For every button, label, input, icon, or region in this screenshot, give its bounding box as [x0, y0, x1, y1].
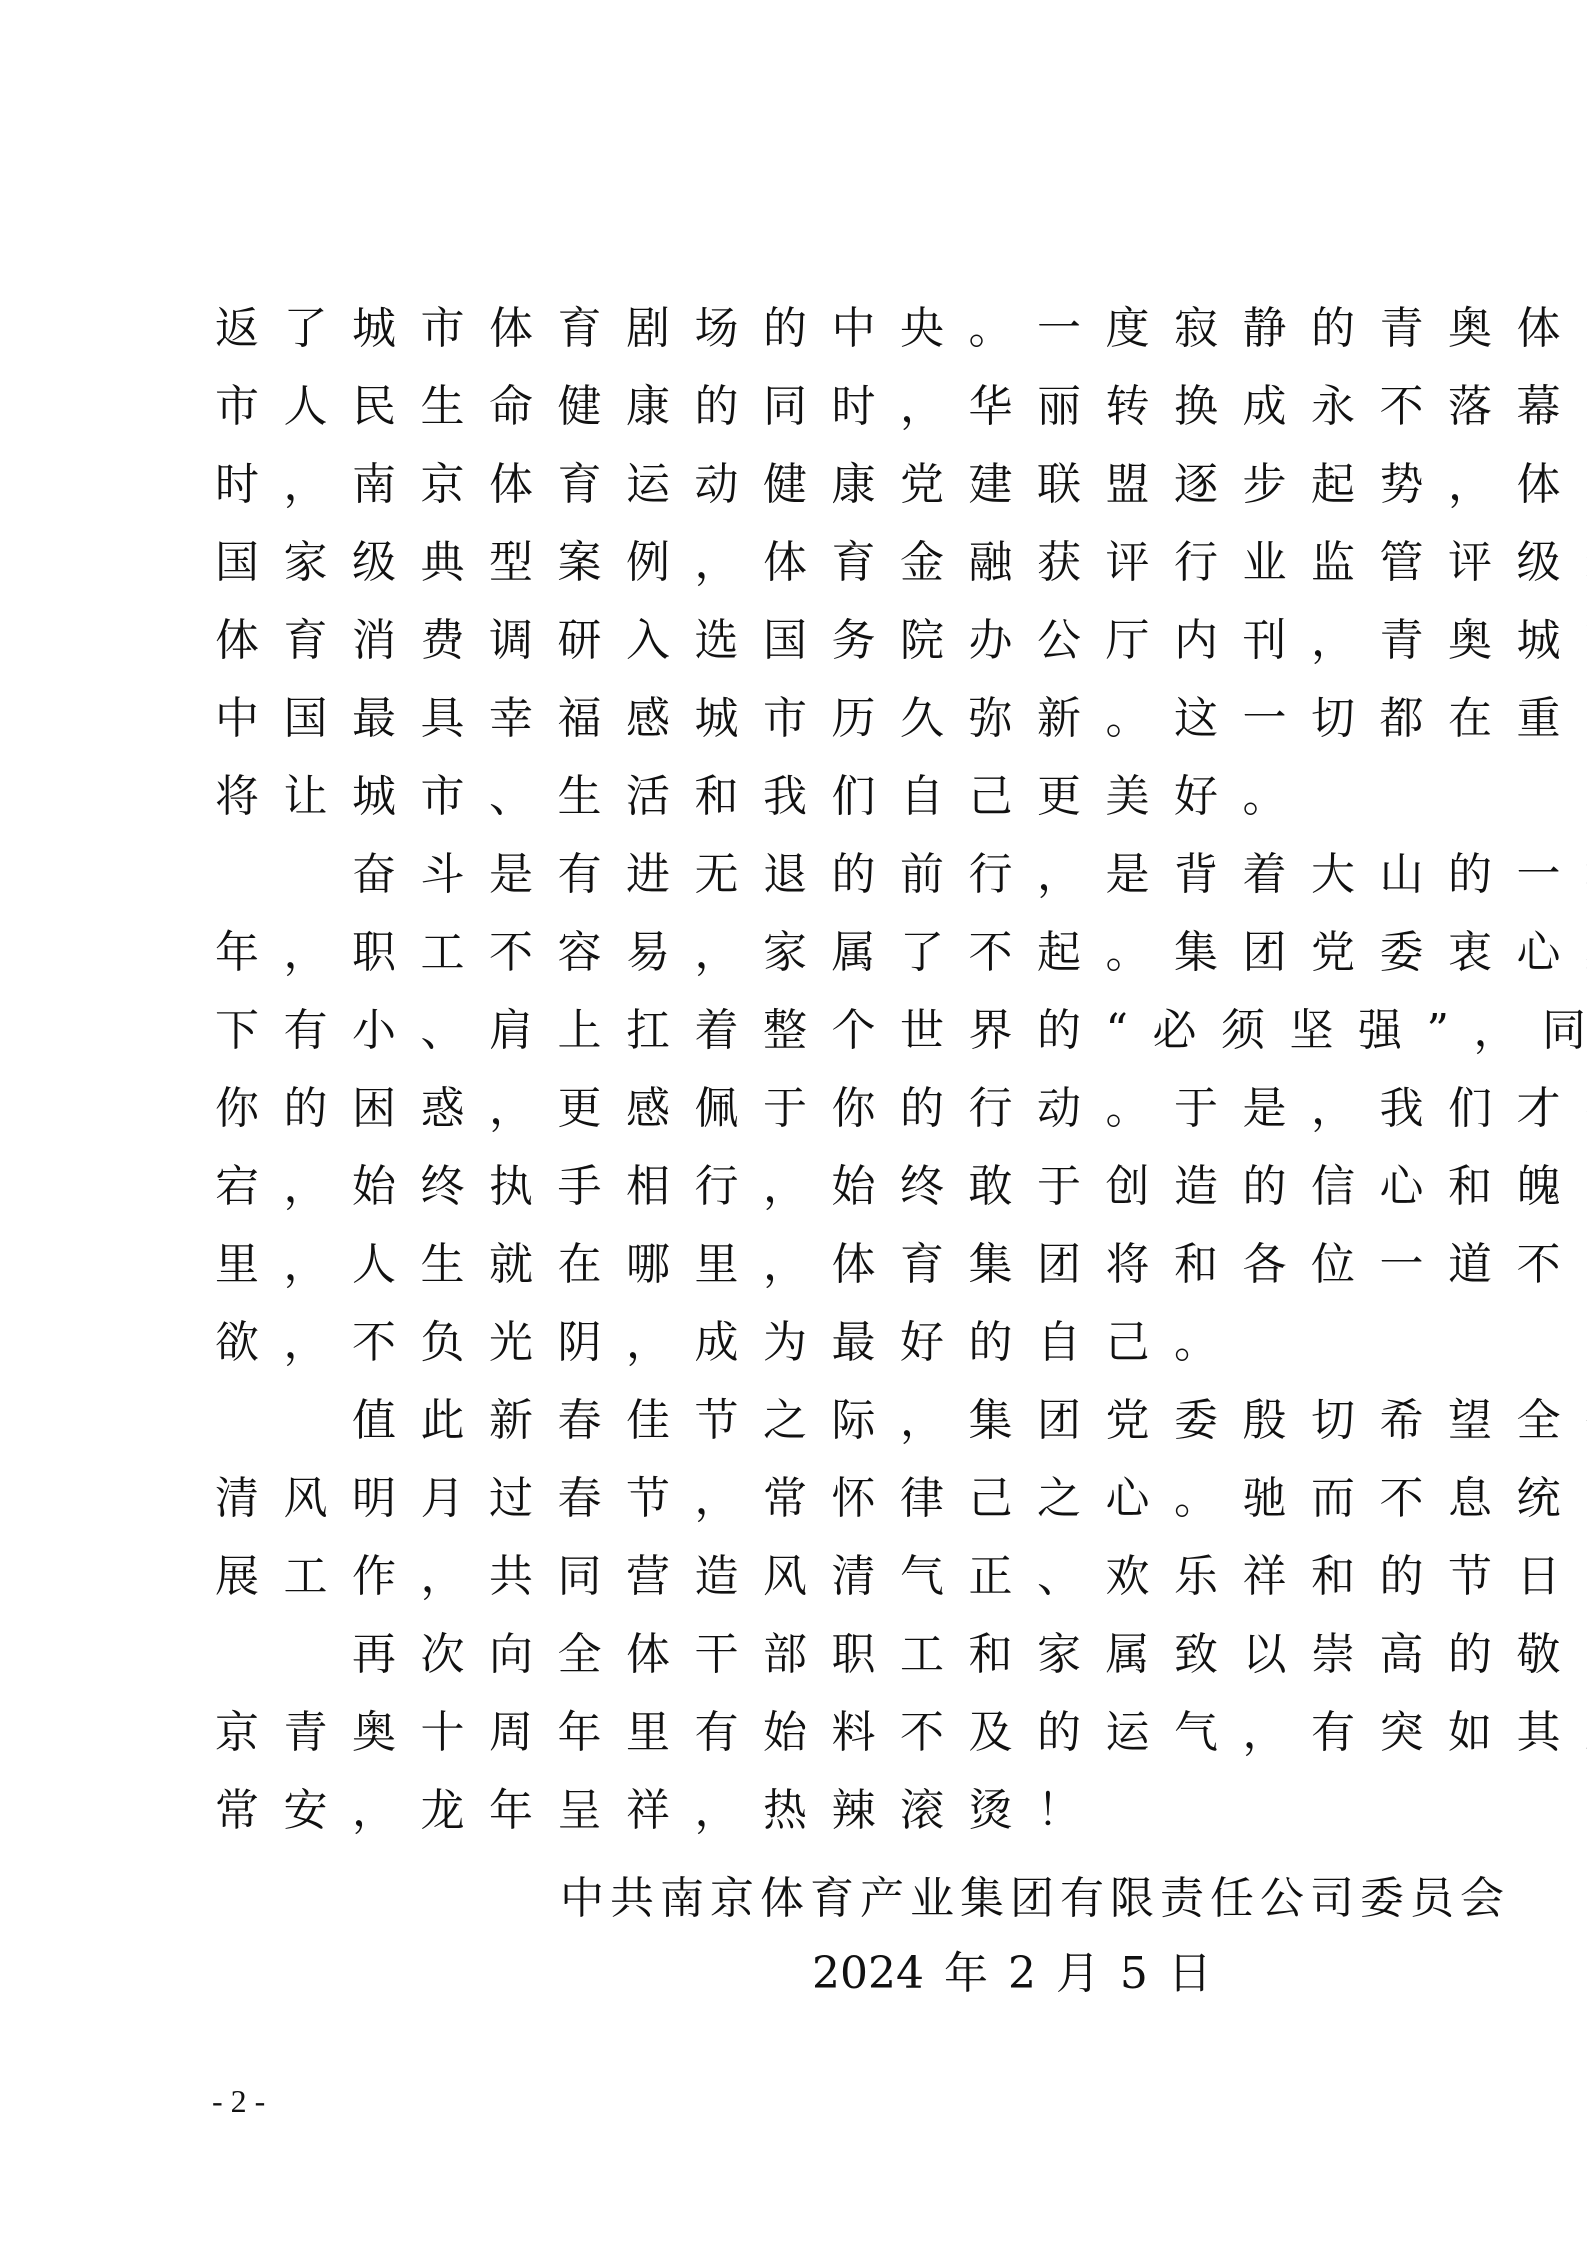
page-number: - 2 - — [212, 2085, 265, 2117]
paragraph-first-line: 再次向全体干部职工和家属致以崇高的敬意！祝大家在南 — [215, 1616, 1390, 1694]
text-line: 常安，龙年呈祥，热辣滚烫！ — [215, 1772, 1390, 1850]
text-line: 欲，不负光阴，成为最好的自己。 — [215, 1304, 1390, 1382]
text-line: 展工作，共同营造风清气正、欢乐祥和的节日氛围。 — [215, 1538, 1390, 1616]
text-line: 京青奥十周年里有始料不及的运气，有突如其来的欢喜，长安 — [215, 1694, 1390, 1772]
text-line: 清风明月过春节，常怀律己之心。驰而不息统筹抓好安全与发 — [215, 1460, 1390, 1538]
text-line: 返了城市体育剧场的中央。一度寂静的青奥体育公园在守护全 — [215, 290, 1390, 368]
letter-body: 返了城市体育剧场的中央。一度寂静的青奥体育公园在守护全 市人民生命健康的同时，华… — [215, 290, 1390, 1850]
paragraph-first-line: 奋斗是有进无退的前行，是背着大山的一场舞蹈。过去一 — [215, 836, 1390, 914]
text-line: 时，南京体育运动健康党建联盟逐步起势，体育科技成果入选 — [215, 446, 1390, 524]
text-line: 里，人生就在哪里，体育集团将和各位一道不惑不惧，上下同 — [215, 1226, 1390, 1304]
text-line: 将让城市、生活和我们自己更美好。 — [215, 758, 1390, 836]
signature-organization: 中共南京体育产业集团有限责任公司委员会 — [560, 1877, 1380, 1921]
text-line: 市人民生命健康的同时，华丽转换成永不落幕的城市舞台。同 — [215, 368, 1390, 446]
text-line: 下有小、肩上扛着整个世界的“必须坚强”，同样深切感受着 — [215, 992, 1390, 1070]
paragraph-first-line: 值此新春佳节之际，集团党委殷切希望全体党员领导干部 — [215, 1382, 1390, 1460]
text-line: 体育消费调研入选国务院办公厅内刊，青奥城市客厅加速助力 — [215, 602, 1390, 680]
text-line: 年，职工不容易，家属了不起。集团党委衷心感谢各位上有老 — [215, 914, 1390, 992]
text-line: 你的困惑，更感佩于你的行动。于是，我们才有了直面错综跌 — [215, 1070, 1390, 1148]
text-line: 国家级典型案例，体育金融获评行业监管评级最高等级A级， — [215, 524, 1390, 602]
text-line: 中国最具幸福感城市历久弥新。这一切都在重申，体育产业必 — [215, 680, 1390, 758]
text-line: 宕，始终执手相行，始终敢于创造的信心和魄力。时间用在哪 — [215, 1148, 1390, 1226]
signature-date: 2024 年 2 月 5 日 — [812, 1952, 1212, 1996]
document-page: 返了城市体育剧场的中央。一度寂静的青奥体育公园在守护全 市人民生命健康的同时，华… — [0, 0, 1587, 2245]
